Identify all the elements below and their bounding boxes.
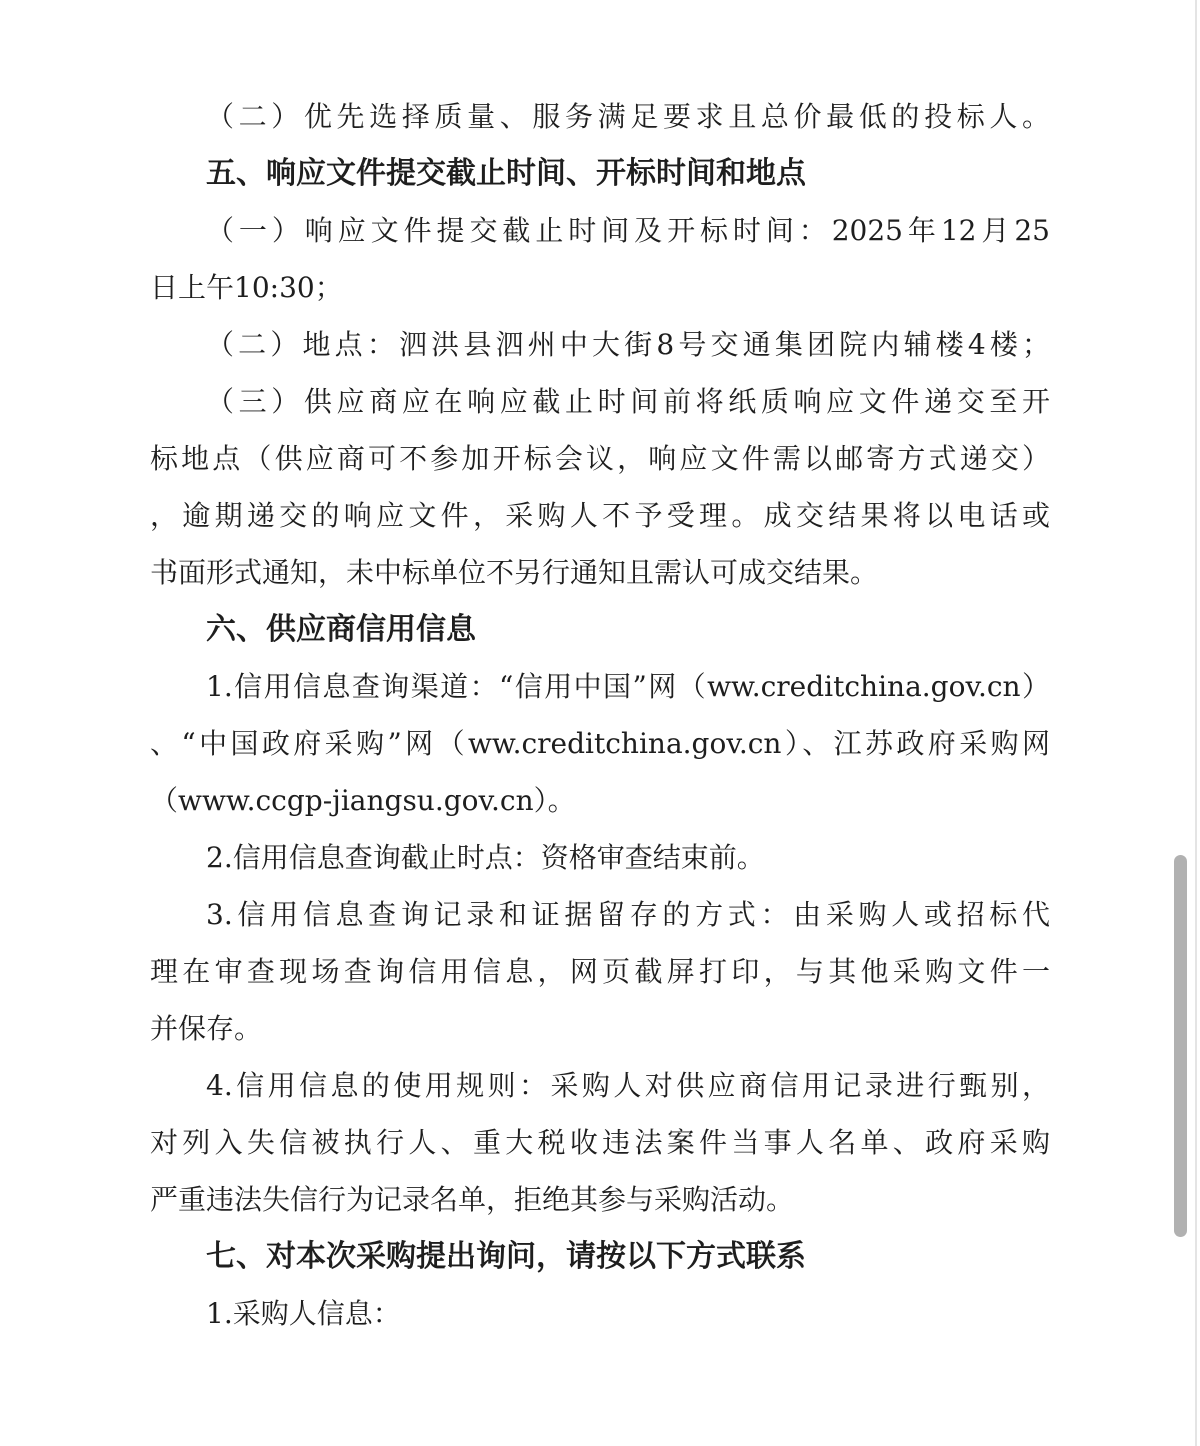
text-line: 理在审查现场查询信用信息，网页截屏打印，与其他采购文件一 [150, 943, 1050, 1000]
text-line: 1.采购人信息： [150, 1285, 1050, 1342]
section-heading-5: 五、响应文件提交截止时间、开标时间和地点 [150, 145, 1050, 202]
text-line: （三）供应商应在响应截止时间前将纸质响应文件递交至开 [150, 373, 1050, 430]
text-line: 4.信用信息的使用规则：采购人对供应商信用记录进行甄别， [150, 1057, 1050, 1114]
vertical-scrollbar[interactable] [1168, 0, 1192, 1446]
scrollbar-thumb[interactable] [1174, 855, 1187, 1237]
right-edge-divider [1195, 0, 1197, 1446]
section-heading-7: 七、对本次采购提出询问，请按以下方式联系 [150, 1228, 1050, 1285]
text-line: 日上午10:30； [150, 259, 1050, 316]
text-line: 1.信用信息查询渠道：“信用中国”网（ww.creditchina.gov.cn… [150, 658, 1050, 715]
text-line: 并保存。 [150, 1000, 1050, 1057]
text-line: （二）地点：泗洪县泗州中大街8号交通集团院内辅楼4楼； [150, 316, 1050, 373]
text-line: 严重违法失信行为记录名单，拒绝其参与采购活动。 [150, 1171, 1050, 1228]
section-heading-6: 六、供应商信用信息 [150, 601, 1050, 658]
text-line: 3.信用信息查询记录和证据留存的方式：由采购人或招标代 [150, 886, 1050, 943]
text-line: 标地点（供应商可不参加开标会议，响应文件需以邮寄方式递交） [150, 430, 1050, 487]
text-line: 对列入失信被执行人、重大税收违法案件当事人名单、政府采购 [150, 1114, 1050, 1171]
text-line: （二）优先选择质量、服务满足要求且总价最低的投标人。 [150, 88, 1050, 145]
text-line: （www.ccgp-jiangsu.gov.cn）。 [150, 772, 1050, 829]
text-line: 书面形式通知，未中标单位不另行通知且需认可成交结果。 [150, 544, 1050, 601]
text-line: 2.信用信息查询截止时点：资格审查结束前。 [150, 829, 1050, 886]
text-line: （一）响应文件提交截止时间及开标时间：2025年12月25 [150, 202, 1050, 259]
text-line: 、“中国政府采购”网（ww.creditchina.gov.cn）、江苏政府采购… [150, 715, 1050, 772]
document-page: （二）优先选择质量、服务满足要求且总价最低的投标人。 五、响应文件提交截止时间、… [150, 88, 1050, 1342]
text-line: ，逾期递交的响应文件，采购人不予受理。成交结果将以电话或 [150, 487, 1050, 544]
